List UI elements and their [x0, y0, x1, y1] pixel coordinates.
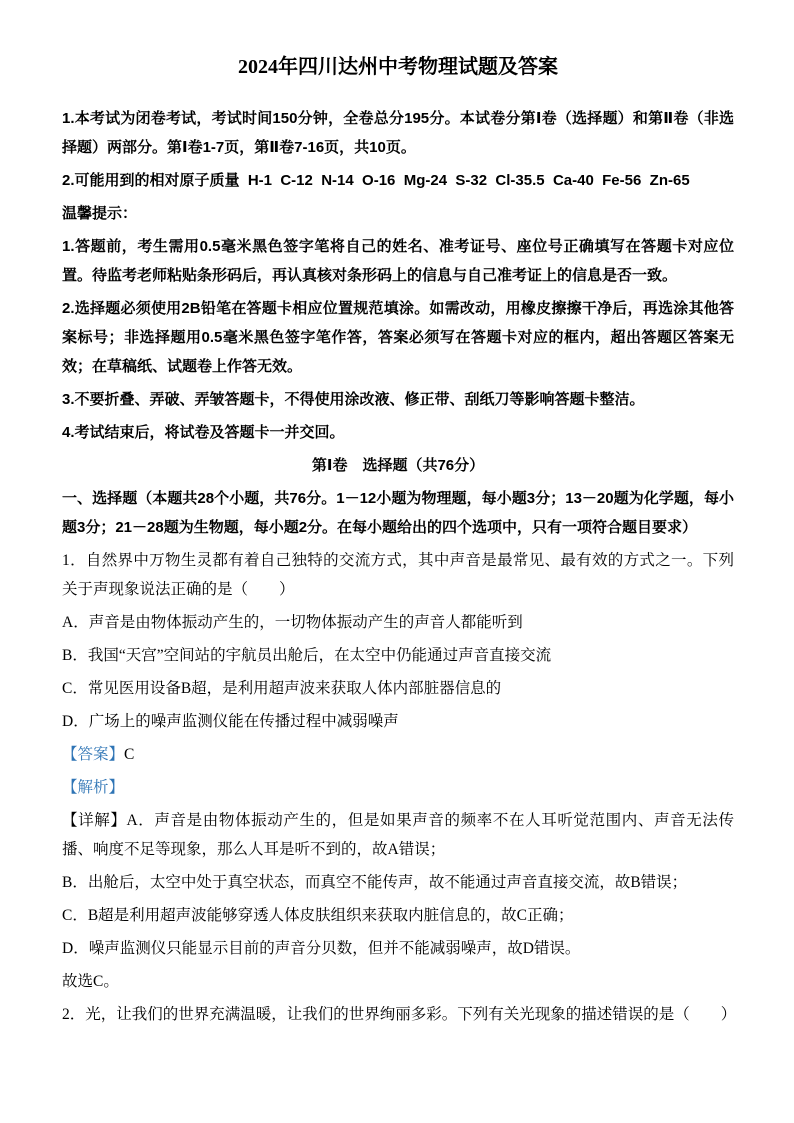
question-1-analysis-row: 【解析】	[62, 773, 734, 802]
tip-item-1: 1.答题前，考生需用0.5毫米黑色签字笔将自己的姓名、准考证号、座位号正确填写在…	[62, 232, 734, 290]
exam-notice-item-1: 1.本考试为闭卷考试，考试时间150分钟，全卷总分195分。本试卷分第Ⅰ卷（选择…	[62, 104, 734, 162]
question-1-detail-d: D．噪声监测仪只能显示目前的声音分贝数，但并不能减弱噪声，故D错误。	[62, 934, 734, 963]
tip-item-4: 4.考试结束后，将试卷及答题卡一并交回。	[62, 418, 734, 447]
question-1-option-c: C．常见医用设备B超，是利用超声波来获取人体内部脏器信息的	[62, 674, 734, 703]
question-2-stem: 2．光，让我们的世界充满温暖，让我们的世界绚丽多彩。下列有关光现象的描述错误的是…	[62, 1000, 734, 1029]
question-1-detail-b: B．出舱后，太空中处于真空状态，而真空不能传声，故不能通过声音直接交流，故B错误…	[62, 868, 734, 897]
exam-notice-item-2-atomic-masses: 2.可能用到的相对原子质量 H-1 C-12 N-14 O-16 Mg-24 S…	[62, 166, 734, 195]
answer-label: 【答案】	[62, 746, 124, 763]
question-1-option-d: D．广场上的噪声监测仪能在传播过程中减弱噪声	[62, 707, 734, 736]
question-1-option-a: A．声音是由物体振动产生的，一切物体振动产生的声音人都能听到	[62, 608, 734, 637]
section-1-intro: 一、选择题（本题共28个小题，共76分。1－12小题为物理题，每小题3分；13－…	[62, 484, 734, 542]
analysis-label: 【解析】	[62, 779, 124, 796]
question-1-option-b: B．我国“天宫”空间站的宇航员出舱后，在太空中仍能通过声音直接交流	[62, 641, 734, 670]
question-1-detail-c: C．B超是利用超声波能够穿透人体皮肤组织来获取内脏信息的，故C正确；	[62, 901, 734, 930]
question-1-stem: 1．自然界中万物生灵都有着自己独特的交流方式，其中声音是最常见、最有效的方式之一…	[62, 546, 734, 604]
tip-item-3: 3.不要折叠、弄破、弄皱答题卡，不得使用涂改液、修正带、刮纸刀等影响答题卡整洁。	[62, 385, 734, 414]
tip-item-2: 2.选择题必须使用2B铅笔在答题卡相应位置规范填涂。如需改动，用橡皮擦擦干净后，…	[62, 294, 734, 381]
document-title: 2024年四川达州中考物理试题及答案	[62, 52, 734, 82]
detail-text-a: A．声音是由物体振动产生的，但是如果声音的频率不在人耳听觉范围内、声音无法传播、…	[62, 812, 734, 858]
document-page: 2024年四川达州中考物理试题及答案 1.本考试为闭卷考试，考试时间150分钟，…	[0, 0, 794, 1123]
tips-heading: 温馨提示：	[62, 199, 734, 228]
detail-label: 【详解】	[62, 812, 126, 829]
section-1-header: 第Ⅰ卷 选择题（共76分）	[62, 451, 734, 480]
question-1-conclusion: 故选C。	[62, 967, 734, 996]
question-1-detail-a: 【详解】A．声音是由物体振动产生的，但是如果声音的频率不在人耳听觉范围内、声音无…	[62, 806, 734, 864]
question-1-answer-row: 【答案】C	[62, 740, 734, 769]
answer-value: C	[124, 746, 134, 763]
